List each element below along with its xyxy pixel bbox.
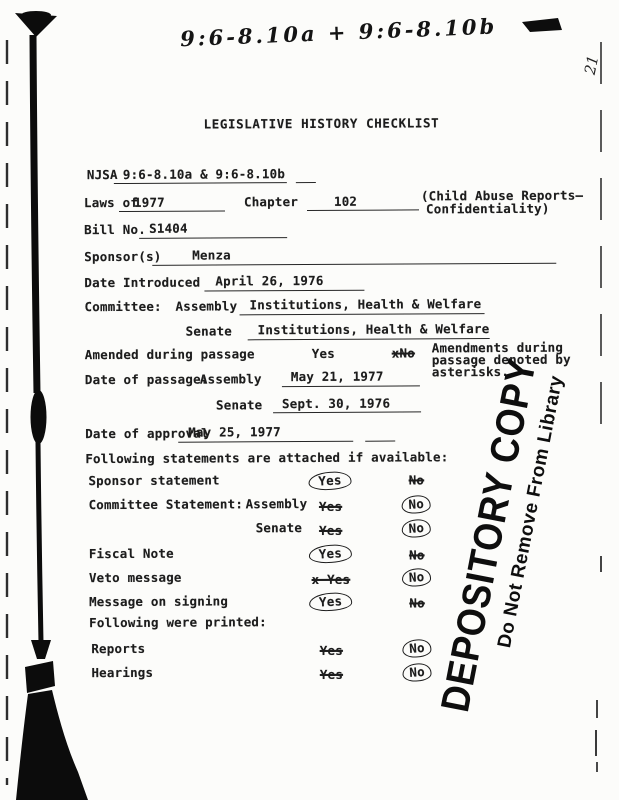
approval-value: May 25, 1977 [188, 424, 281, 439]
bill-no-label: Bill No. [84, 222, 146, 237]
yes-option: Yes [319, 523, 342, 538]
sponsors-label: Sponsor(s) [84, 249, 161, 264]
yes-option: Yes [309, 592, 353, 612]
no-option: No [409, 595, 425, 610]
underline [365, 441, 395, 442]
yes-option: Yes [309, 544, 353, 564]
laws-of-value: 1977 [134, 195, 165, 210]
row-label: Message on signing [89, 593, 228, 609]
underline [119, 210, 225, 212]
laws-of-label: Laws of [84, 195, 138, 210]
underline [307, 209, 419, 211]
scanned-page: 21 9:6-8.10a + 9:6-8.10b LEGISLATIVE HIS… [0, 0, 619, 800]
committee-assembly-value: Institutions, Health & Welfare [249, 296, 481, 312]
chapter-label: Chapter [244, 194, 298, 209]
row-label: Sponsor statement [88, 472, 219, 488]
passage-label: Date of passage: [85, 372, 209, 388]
committee-label: Committee: [84, 299, 161, 314]
row-sublabel: Senate [256, 520, 302, 535]
row-label: Hearings [91, 665, 153, 680]
underline [178, 441, 353, 443]
committee-senate-label: Senate [186, 323, 232, 338]
underline [204, 290, 364, 292]
njsa-value: 9:6-8.10a & 9:6-8.10b [123, 166, 285, 182]
passage-assembly-value: May 21, 1977 [291, 369, 384, 384]
underline [273, 411, 421, 413]
underline [296, 182, 316, 183]
no-option: No [401, 519, 431, 539]
yes-option: Yes [319, 499, 342, 514]
passage-senate-label: Senate [216, 397, 262, 412]
underline [114, 182, 287, 184]
subject-line2: Confidentiality) [426, 201, 550, 217]
passage-assembly-label: Assembly [200, 371, 262, 386]
page-title: LEGISLATIVE HISTORY CHECKLIST [204, 115, 440, 131]
checklist-heading: Following statements are attached if ava… [85, 449, 448, 466]
date-introduced-value: April 26, 1976 [215, 273, 323, 289]
yes-option: Yes [320, 667, 343, 682]
committee-assembly-label: Assembly [175, 298, 237, 313]
underline [240, 313, 485, 315]
committee-senate-value: Institutions, Health & Welfare [258, 321, 490, 337]
amended-label: Amended during passage [85, 346, 255, 362]
sponsors-value: Menza [192, 247, 231, 262]
printed-heading: Following were printed: [89, 614, 267, 630]
no-option: No [402, 639, 432, 659]
no-option: No [402, 568, 432, 588]
row-label: Reports [91, 641, 145, 656]
passage-senate-value: Sept. 30, 1976 [282, 396, 390, 412]
no-option: No [402, 663, 432, 683]
no-option: No [409, 547, 425, 562]
underline [282, 385, 420, 387]
row-label: Fiscal Note [89, 546, 174, 561]
date-introduced-label: Date Introduced [84, 275, 200, 291]
underline [139, 237, 287, 239]
row-label: Committee Statement: [89, 496, 244, 512]
handwritten-citation: 9:6-8.10a + 9:6-8.10b [180, 13, 498, 51]
yes-option: x Yes [312, 572, 351, 587]
no-option: No [401, 495, 431, 515]
checklist-row-hearings: Hearings Yes No [1, 660, 619, 683]
amended-no: xNo [392, 345, 415, 360]
bill-no-value: S1404 [149, 221, 188, 236]
amended-yes: Yes [312, 346, 335, 361]
chapter-value: 102 [334, 194, 357, 209]
no-option: No [409, 472, 425, 487]
yes-option: Yes [320, 643, 343, 658]
njsa-label: NJSA [87, 167, 118, 182]
yes-option: Yes [308, 471, 352, 491]
checklist-row-reports: Reports Yes No [1, 636, 619, 659]
row-label: Veto message [89, 570, 182, 585]
underline [152, 263, 556, 266]
